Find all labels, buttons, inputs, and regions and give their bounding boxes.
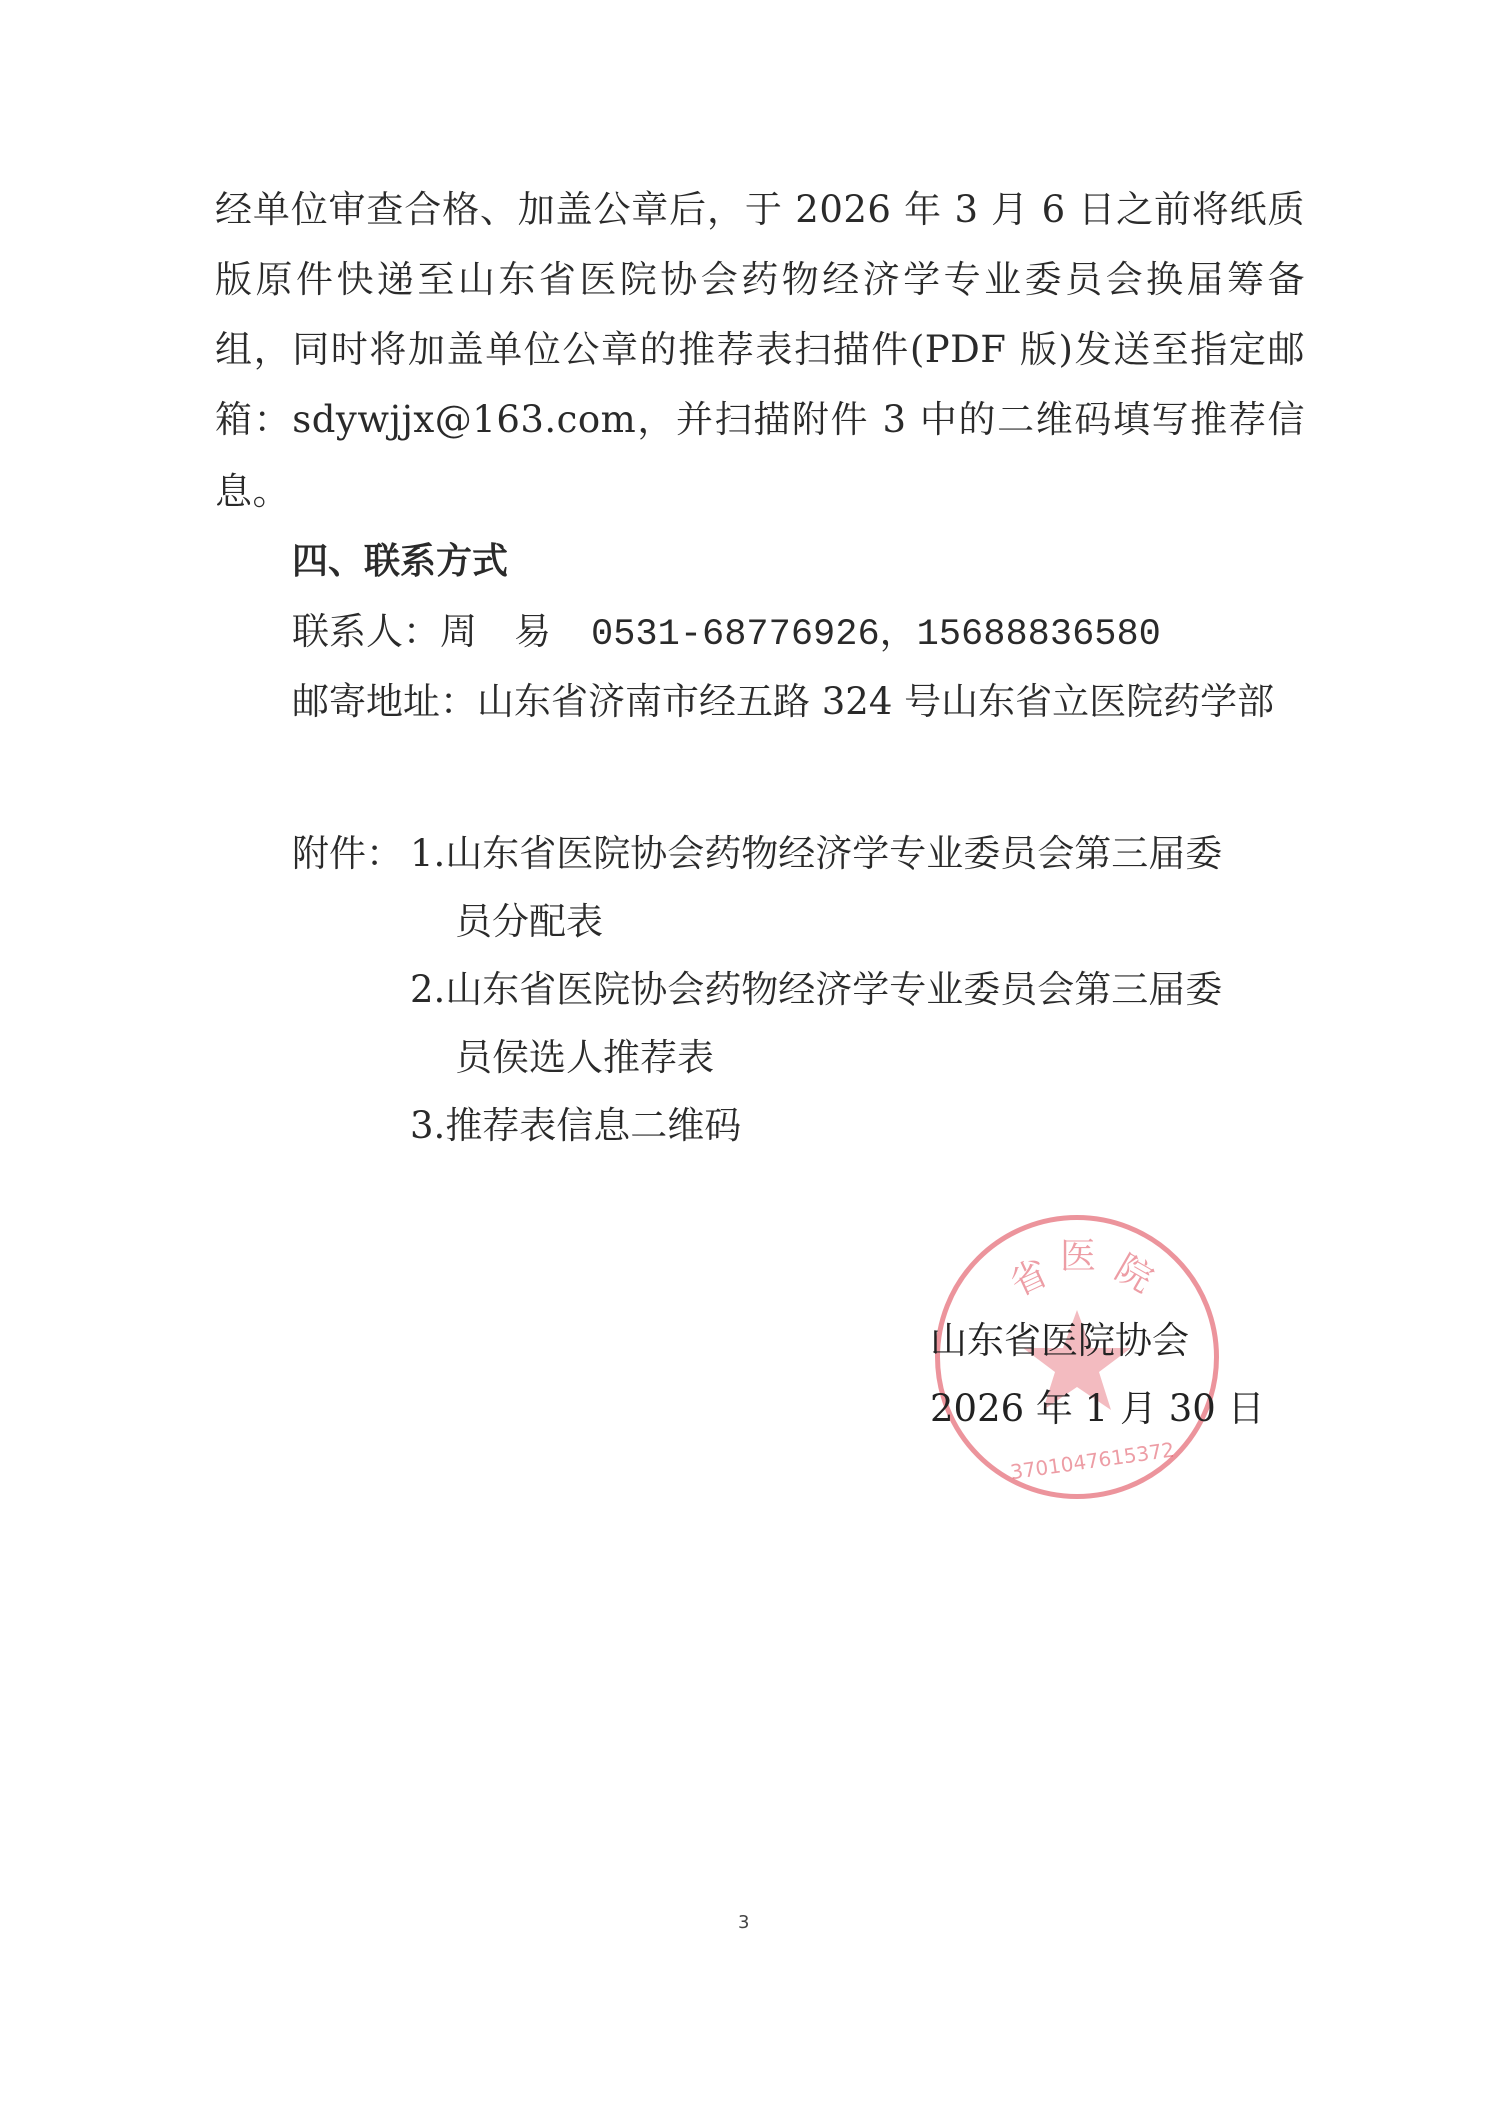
- attachment-title: 推荐表信息二维码: [445, 1104, 741, 1147]
- attachment-title: 山东省医院协会药物经济学专业委员会第三届委: [445, 968, 1222, 1011]
- paragraph-line-5: 息。: [215, 470, 1305, 514]
- attachments-label: 附件：: [292, 832, 403, 876]
- svg-text:院: 院: [1108, 1248, 1160, 1302]
- attachment-number: 1.: [410, 832, 445, 875]
- section-heading: 四、联系方式: [292, 540, 508, 584]
- contact-line: 联系人：周 易0531-68776926，15688836580: [292, 610, 1161, 657]
- contact-name: 周 易: [440, 610, 551, 653]
- signature-date: 2026 年 1 月 30 日: [930, 1378, 1265, 1432]
- attachment-item-1-cont: 员分配表: [455, 900, 603, 944]
- attachment-number: 2.: [410, 968, 445, 1011]
- svg-text:医: 医: [1060, 1236, 1096, 1277]
- svg-text:3701047615372: 3701047615372: [1009, 1437, 1176, 1484]
- attachment-number: 3.: [410, 1104, 445, 1147]
- attachment-item-1: 1.山东省医院协会药物经济学专业委员会第三届委: [410, 832, 1222, 876]
- page-number: 3: [738, 1912, 749, 1933]
- contact-phones: 0531-68776926，15688836580: [591, 614, 1161, 656]
- attachment-title: 山东省医院协会药物经济学专业委员会第三届委: [445, 832, 1222, 875]
- attachment-item-3: 3.推荐表信息二维码: [410, 1104, 741, 1148]
- paragraph-line-4: 箱：sdywjjx@163.com，并扫描附件 3 中的二维码填写推荐信: [215, 398, 1305, 442]
- paragraph-line-1: 经单位审查合格、加盖公章后，于 2026 年 3 月 6 日之前将纸质: [215, 188, 1305, 232]
- contact-label: 联系人：: [292, 610, 440, 653]
- address-line: 邮寄地址：山东省济南市经五路 324 号山东省立医院药学部: [292, 680, 1274, 724]
- attachment-item-2-cont: 员侯选人推荐表: [455, 1036, 714, 1080]
- paragraph-line-2: 版原件快递至山东省医院协会药物经济学专业委员会换届筹备: [215, 258, 1305, 302]
- address-value: 山东省济南市经五路 324 号山东省立医院药学部: [477, 680, 1274, 723]
- address-label: 邮寄地址：: [292, 680, 477, 723]
- signature-organization: 山东省医院协会: [930, 1310, 1189, 1364]
- paragraph-line-3: 组，同时将加盖单位公章的推荐表扫描件(PDF 版)发送至指定邮: [215, 328, 1305, 372]
- svg-text:省: 省: [1004, 1252, 1054, 1304]
- attachment-item-2: 2.山东省医院协会药物经济学专业委员会第三届委: [410, 968, 1222, 1012]
